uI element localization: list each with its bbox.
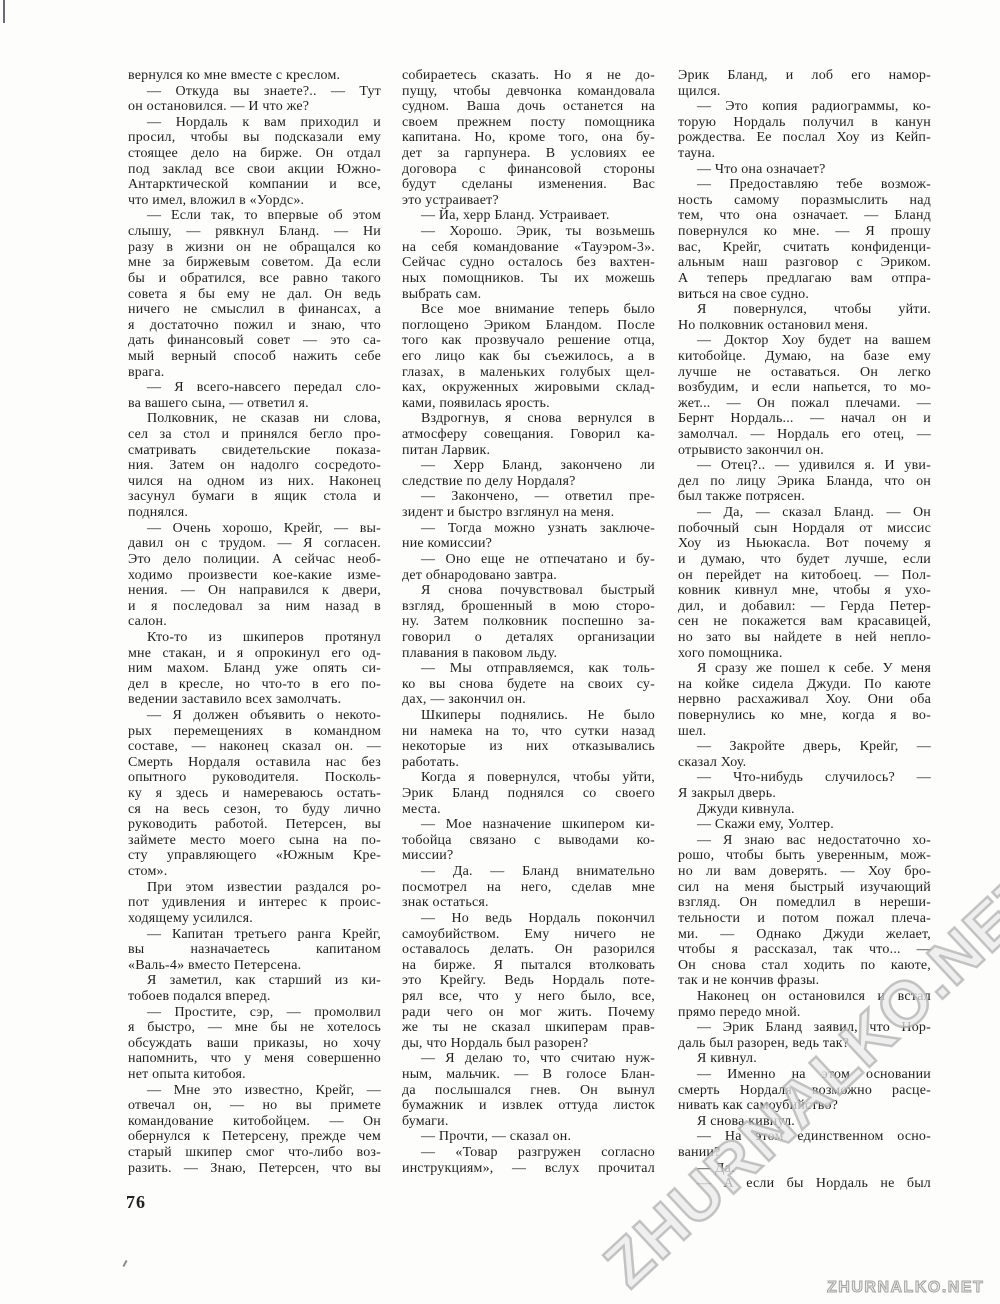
text-line: — Я должен объявить о некото- (128, 708, 381, 724)
text-line: прямо передо мной. (678, 1005, 931, 1021)
text-line: мый верный способ нажить себе (128, 349, 381, 365)
text-line: командование китобойцем. — Он (128, 1114, 381, 1130)
text-line: щился. (678, 84, 931, 100)
text-line: вы назначаетесь капитаном (128, 942, 381, 958)
text-line: поднялся. (128, 505, 381, 521)
text-line: Это дело полиции. А сейчас необ- (128, 552, 381, 568)
text-line: Я закрыл дверь. (678, 786, 931, 802)
text-line: обсуждать ваши приказы, но хочу (128, 1036, 381, 1052)
text-line: ходящему усилился. (128, 911, 381, 927)
watermark-footer: ZHURNALKO.NET (827, 1279, 984, 1297)
text-line: пот удивления и интерес к проис- (128, 895, 381, 911)
text-line: — Мне это известно, Крейг, — (128, 1083, 381, 1099)
text-line: — Прочти, — сказал он. (402, 1129, 655, 1145)
text-line: взгляд. Он помедлил в нереши- (678, 895, 931, 911)
text-line: ния. Затем он надолго сосредото- (128, 458, 381, 474)
text-line: — Эрик Бланд заявил, что Нор- (678, 1020, 931, 1036)
text-line: — Мы отправляемся, как толь- (402, 661, 655, 677)
text-line: — Это копия радиограммы, ко- (678, 99, 931, 115)
text-line: — Тогда можно узнать заключе- (402, 521, 655, 537)
text-line: торую Нордаль получил в канун (678, 115, 931, 131)
text-line: это Крейгу. Ведь Нордаль поте- (402, 973, 655, 989)
text-line: ва вашего сына, — ответил я. (128, 396, 381, 412)
text-line: я достаточно пожил и знаю, что (128, 318, 381, 334)
text-line: — Оно еще не отпечатано и бу- (402, 552, 655, 568)
text-column-left: вернулся ко мне вместе с креслом.— Откуд… (128, 68, 381, 1176)
text-line: — Именно на этом основании (678, 1067, 931, 1083)
text-line: питан Ларвик. (402, 443, 655, 459)
text-line: займете место моего сына на по- (128, 833, 381, 849)
text-line: говорил о деталях организации (402, 630, 655, 646)
text-line: обернулся к Петерсену, прежде чем (128, 1129, 381, 1145)
text-line: хого помощника. (678, 646, 931, 662)
text-line: ку я здесь и намереваюсь остать- (128, 786, 381, 802)
text-line: давил он с трудом. — Я согласен. (128, 536, 381, 552)
text-line: под заклад все свои акции Южно- (128, 162, 381, 178)
text-line: да послышался гнев. Он вынул (402, 1083, 655, 1099)
text-line: будут сделаны изменения. Вас (402, 177, 655, 193)
text-line: — А если бы Нордаль не был (678, 1176, 931, 1192)
text-line: дать финансовый совет — это са- (128, 333, 381, 349)
text-line: бумаги. (402, 1114, 655, 1130)
text-line: совета я бы ему не дал. Он ведь (128, 287, 381, 303)
text-line: тобоев подался вперед. (128, 989, 381, 1005)
text-line: — Я знаю вас недостаточно хо- (678, 833, 931, 849)
text-line: жет... — Он пожал плечами. — (678, 396, 931, 412)
text-line: замолчал. — Нордаль его отец, — (678, 427, 931, 443)
text-line: так и не кончив фразы. (678, 973, 931, 989)
text-line: — Но ведь Нордаль покончил (402, 911, 655, 927)
text-line: ние комиссии? (402, 536, 655, 552)
text-line: ды, что Нордаль был разорен? (402, 1036, 655, 1052)
text-line: сматривать свидетельские показа- (128, 443, 381, 459)
text-line: засунул бумаги в ящик стола и (128, 489, 381, 505)
text-line: При этом известии раздался ро- (128, 880, 381, 896)
text-line: стоящее дело на бирже. Он отдал (128, 146, 381, 162)
text-line: Кто-то из шкиперов протянул (128, 630, 381, 646)
text-line: Сейчас судно осталось без вахтен- (402, 255, 655, 271)
text-line: сен не покажется вам красавицей, (678, 614, 931, 630)
text-line: сел за стол и принялся бегло про- (128, 427, 381, 443)
text-line: и я последовал за ним назад в (128, 599, 381, 615)
text-line: дах, — закончил он. (402, 692, 655, 708)
text-line: — Простите, сэр, — промолвил (128, 1005, 381, 1021)
text-line: ся на весь сезон, то буду лично (128, 802, 381, 818)
text-line: — Откуда вы знаете?.. — Тут (128, 84, 381, 100)
text-line: — Хорошо. Эрик, ты возьмешь (402, 224, 655, 240)
text-line: дет обнародовано завтра. (402, 568, 655, 584)
text-line: салон. (128, 614, 381, 630)
text-line: рошо, чтобы быть уверенным, мож- (678, 848, 931, 864)
text-line: Бернт Нордаль... — начал он и (678, 411, 931, 427)
text-line: ним махом. Бланд уже опять си- (128, 661, 381, 677)
text-line: — Я делаю то, что считаю нуж- (402, 1051, 655, 1067)
text-line: выбрать сам. (402, 287, 655, 303)
text-line: Джуди кивнула. (678, 802, 931, 818)
text-line: но ли вам доверять. — Хоу бро- (678, 864, 931, 880)
text-line: — Херр Бланд, закончено ли (402, 458, 655, 474)
text-line: нет опыта китобоя. (128, 1067, 381, 1083)
text-line: — Мое назначение шкипером ки- (402, 817, 655, 833)
text-line: знак остаться. (402, 895, 655, 911)
text-line: ками, появилась ярость. (402, 396, 655, 412)
text-line: глазах, в маленьких голубых щел- (402, 365, 655, 381)
text-line: Эрик Бланд, и лоб его намор- (678, 68, 931, 84)
text-line: разить. — Знаю, Петерсен, что вы (128, 1161, 381, 1177)
text-line: взгляд, брошенный в мою сторо- (402, 599, 655, 615)
text-line: — Нордаль к вам приходил и (128, 115, 381, 131)
text-line: инструкциям», — вслух прочитал (402, 1161, 655, 1177)
text-line: составе, — наконец сказал он. — (128, 739, 381, 755)
text-line: ным, мальчик. — В голосе Блан- (402, 1067, 655, 1083)
text-line: бумажник и извлек оттуда листок (402, 1098, 655, 1114)
text-line: «Валь-4» вместо Петерсена. (128, 958, 381, 974)
text-line: следствие по делу Нордаля? (402, 474, 655, 490)
text-line: он перейдет на китобоец. — Пол- (678, 568, 931, 584)
text-line: повернулся ко мне. — Я прошу (678, 224, 931, 240)
text-line: Он снова стал ходить по каюте, (678, 958, 931, 974)
text-line: даль был разорен, ведь так? (678, 1036, 931, 1052)
text-line: лучше не оставаться. Он легко (678, 365, 931, 381)
text-line: напомнить, что у меня совершенно (128, 1051, 381, 1067)
text-line: старый шкипер смог что-либо воз- (128, 1145, 381, 1161)
text-line: — Закончено, — ответил пре- (402, 489, 655, 505)
text-line: ну. Затем полковник поспешно за- (402, 614, 655, 630)
text-line: отрывисто закончил он. (678, 443, 931, 459)
text-line: Полковник, не сказав ни слова, (128, 411, 381, 427)
scan-artifact-speck (122, 1260, 127, 1267)
text-line: нения. — Он направился к двери, (128, 583, 381, 599)
text-line: того как прозвучало решение отца, (402, 333, 655, 349)
scan-artifact-top-edge (3, 0, 5, 23)
text-line: зидент и быстро взглянул на меня. (402, 505, 655, 521)
text-line: — «Товар разгружен согласно (402, 1145, 655, 1161)
text-line: рял все, что у него было, все, (402, 989, 655, 1005)
text-line: — Отец?.. — удивился я. И уви- (678, 458, 931, 474)
text-line: тобойца связано с выводами ко- (402, 833, 655, 849)
text-line: повернулись ко мне, когда я во- (678, 708, 931, 724)
text-line: но зато вы найдете в ней непло- (678, 630, 931, 646)
text-line: смерть Нордаля возможно расце- (678, 1083, 931, 1099)
text-line: ность самому поразмыслить над (678, 193, 931, 209)
text-line: договора с финансовой стороны (402, 162, 655, 178)
text-line: отвечал он, — но вы примете (128, 1098, 381, 1114)
text-line: ничего не смыслил в финансах, а (128, 302, 381, 318)
text-line: рых перемещениях в командном (128, 724, 381, 740)
text-line: самоубийством. Ему ничего не (402, 927, 655, 943)
text-line: своем прежнем посту помощника (402, 115, 655, 131)
text-line: ми. — Однако Джуди желает, (678, 927, 931, 943)
text-line: — Предоставляю тебе возмож- (678, 177, 931, 193)
text-line: дет за гарпунера. В условиях ее (402, 146, 655, 162)
text-line: альным наш разговор с Эриком. (678, 255, 931, 271)
text-line: сту управляющего «Южным Кре- (128, 848, 381, 864)
text-line: побочный сын Нордаля от миссис (678, 521, 931, 537)
text-line: ходимо произвести кое-какие изме- (128, 568, 381, 584)
scanned-book-page: вернулся ко мне вместе с креслом.— Откуд… (0, 0, 1000, 1304)
text-line: вернулся ко мне вместе с креслом. (128, 68, 381, 84)
text-line: Эрик Бланд поднялся со своего (402, 786, 655, 802)
text-line: он остановился. — И что же? (128, 99, 381, 115)
text-line: сил на меня быстрый изучающий (678, 880, 931, 896)
text-line: что имел, вложил в «Уордс». (128, 193, 381, 209)
text-line: чился на одном из них. Наконец (128, 474, 381, 490)
text-line: — Доктор Хоу будет на вашем (678, 333, 931, 349)
text-line: вании? (678, 1145, 931, 1161)
text-line: я быстро, — мне бы не хотелось (128, 1020, 381, 1036)
text-line: пущу, чтобы девчонка командовала (402, 84, 655, 100)
text-line: Я снова почувствовал быстрый (402, 583, 655, 599)
text-column-middle: собираетесь сказать. Но я не до-пущу, чт… (402, 68, 655, 1176)
text-line: врага. (128, 365, 381, 381)
text-line: сказал Хоу. (678, 755, 931, 771)
text-line: — Я всего-навсего передал сло- (128, 380, 381, 396)
text-line: атмосферу совещания. Говорил ка- (402, 427, 655, 443)
text-line: на койке сидела Джуди. По каюте (678, 677, 931, 693)
text-line: ках, окруженных жировыми склад- (402, 380, 655, 396)
text-line: виться на свое судно. (678, 287, 931, 303)
text-line: — Да, — сказал Бланд. — Он (678, 505, 931, 521)
text-line: Смерть Нордаля оставила нас без (128, 755, 381, 771)
text-line: — Капитан третьего ранга Крейг, (128, 927, 381, 943)
text-line: на бирже. Я пытался втолковать (402, 958, 655, 974)
text-line: — Что она означает? (678, 162, 931, 178)
text-line: Я заметил, как старший из ки- (128, 973, 381, 989)
text-line: ко вы снова будете на своих су- (402, 677, 655, 693)
text-line: это устраивает? (402, 193, 655, 209)
text-line: руководить работой. Петерсен, вы (128, 817, 381, 833)
text-line: ни намека на то, что сутки назад (402, 724, 655, 740)
text-line: Я кивнул. (678, 1051, 931, 1067)
text-line: ведении заставило всех замолчать. (128, 692, 381, 708)
text-line: Вздрогнув, я снова вернулся в (402, 411, 655, 427)
text-line: А теперь предлагаю вам отпра- (678, 271, 931, 287)
text-line: шел. (678, 724, 931, 740)
text-line: китобойце. Думаю, на базе ему (678, 349, 931, 365)
text-line: — Если так, то впервые об этом (128, 208, 381, 224)
text-line: судном. Ваша дочь останется на (402, 99, 655, 115)
text-line: стом». (128, 864, 381, 880)
text-line: дел по лицу Эрика Бланда, что он (678, 474, 931, 490)
text-line: Шкиперы поднялись. Не было (402, 708, 655, 724)
text-line: мне за биржевым советом. Да если (128, 255, 381, 271)
text-line: на себя командование «Тауэром-3». (402, 240, 655, 256)
text-line: поглощено Эриком Бландом. После (402, 318, 655, 334)
text-line: — Йа, херр Бланд. Устраивает. (402, 208, 655, 224)
text-line: нервно расхаживал Хоу. Они оба (678, 692, 931, 708)
text-line: Наконец он остановился и встал (678, 989, 931, 1005)
text-line: тельности и потом пожал плеча- (678, 911, 931, 927)
text-line: миссии? (402, 848, 655, 864)
text-line: собираетесь сказать. Но я не до- (402, 68, 655, 84)
text-line: дил, и добавил: — Герда Петер- (678, 599, 931, 615)
text-line: — Закройте дверь, Крейг, — (678, 739, 931, 755)
text-line: Я повернулся, чтобы уйти. (678, 302, 931, 318)
text-line: — На этом единственном осно- (678, 1129, 931, 1145)
text-line: же ты не сказал шкиперам прав- (402, 1020, 655, 1036)
text-line: Хоу из Ньюкасла. Вот почему я (678, 536, 931, 552)
text-line: Я сразу же пошел к себе. У меня (678, 661, 931, 677)
text-line: — Что-нибудь случилось? — (678, 770, 931, 786)
text-line: разу в жизни он не обращался ко (128, 240, 381, 256)
text-line: просил, чтобы вы подсказали ему (128, 130, 381, 146)
text-line: рождества. Ее послал Хоу из Кейп- (678, 130, 931, 146)
text-line: капитана. Но, кроме того, она бу- (402, 130, 655, 146)
text-line: мне стакан, и я опрокинул его од- (128, 646, 381, 662)
text-line: слышу, — рявкнул Бланд. — Ни (128, 224, 381, 240)
text-line: — Скажи ему, Уолтер. (678, 817, 931, 833)
text-line: возбудим, и если напьется, то мо- (678, 380, 931, 396)
text-line: был также потрясен. (678, 489, 931, 505)
text-line: места. (402, 802, 655, 818)
text-line: Антарктической компании и все, (128, 177, 381, 193)
text-line: Я снова кивнул. (678, 1114, 931, 1130)
text-line: работать. (402, 755, 655, 771)
text-line: дел в кресле, но что-то в его по- (128, 677, 381, 693)
text-line: и думаю, что будет лучше, если (678, 552, 931, 568)
text-line: ковник кивнул мне, чтобы я ухо- (678, 583, 931, 599)
text-line: плавания в паковом льду. (402, 646, 655, 662)
text-line: его лицо как бы съежилось, а в (402, 349, 655, 365)
text-line: — Да. (678, 1161, 931, 1177)
text-line: тем, что она означает. — Бланд (678, 208, 931, 224)
text-column-right: Эрик Бланд, и лоб его намор-щился.— Это … (678, 68, 931, 1192)
text-line: посмотрел на него, сделав мне (402, 880, 655, 896)
text-line: — Очень хорошо, Крейг, — вы- (128, 521, 381, 537)
text-line: оставалось делать. Он разорился (402, 942, 655, 958)
text-line: некоторые из них отказывались (402, 739, 655, 755)
text-line: Когда я повернулся, чтобы уйти, (402, 770, 655, 786)
text-line: опытного руководителя. Посколь- (128, 770, 381, 786)
text-line: бы и обратился, все равно такого (128, 271, 381, 287)
text-line: вас, Крейг, считать конфиденци- (678, 240, 931, 256)
text-line: чтобы я рассказал, так что... — (678, 942, 931, 958)
text-line: ных помощников. Ты их можешь (402, 271, 655, 287)
text-line: ради чего он мог жить. Почему (402, 1005, 655, 1021)
page-number: 76 (126, 1192, 146, 1213)
text-line: Но полковник остановил меня. (678, 318, 931, 334)
text-line: Все мое внимание теперь было (402, 302, 655, 318)
text-line: — Да. — Бланд внимательно (402, 864, 655, 880)
text-line: тауна. (678, 146, 931, 162)
text-line: нивать как самоубийство? (678, 1098, 931, 1114)
